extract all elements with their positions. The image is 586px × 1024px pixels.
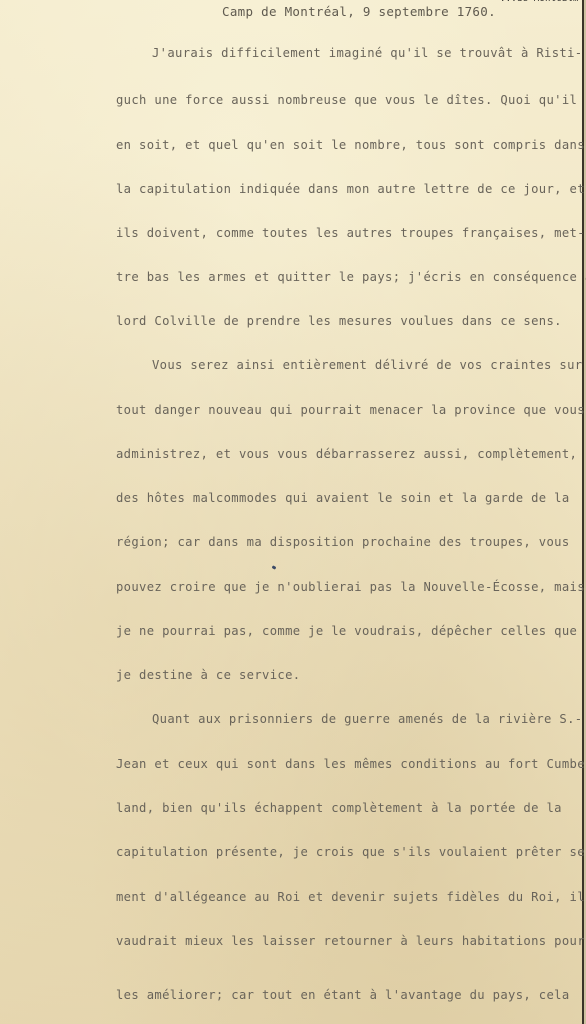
text-line: la capitulation indiquée dans mon autre … [116,182,568,196]
text-line: guch une force aussi nombreuse que vous … [116,93,568,107]
text-line: les améliorer; car tout en étant à l'ava… [116,988,568,1002]
text-line: tout danger nouveau qui pourrait menacer… [116,403,568,417]
text-line: land, bien qu'ils échappent complètement… [116,801,568,815]
letter-dateline: Camp de Montréal, 9 septembre 1760. [222,4,496,19]
text-line: en soit, et quel qu'en soit le nombre, t… [116,138,568,152]
text-line: des hôtes malcommodes qui avaient le soi… [116,491,568,505]
corner-annotation: ...de Montcalm [500,0,580,4]
text-line: je destine à ce service. [116,668,568,682]
text-line: tre bas les armes et quitter le pays; j'… [116,270,568,284]
text-line: pouvez croire que je n'oublierai pas la … [116,580,568,594]
text-line: Vous serez ainsi entièrement délivré de … [152,358,586,372]
typewritten-letter-page: ...de Montcalm Camp de Montréal, 9 septe… [0,0,586,1024]
text-line: Quant aux prisonniers de guerre amenés d… [152,712,586,726]
text-line: je ne pourrai pas, comme je le voudrais,… [116,624,568,638]
text-line: capitulation présente, je crois que s'il… [116,845,568,859]
text-line: région; car dans ma disposition prochain… [116,535,568,549]
text-line: Jean et ceux qui sont dans les mêmes con… [116,757,568,771]
text-line: ils doivent, comme toutes les autres tro… [116,226,568,240]
text-line: vaudrait mieux les laisser retourner à l… [116,934,568,948]
text-line: lord Colville de prendre les mesures vou… [116,314,568,328]
ink-speck [272,565,277,570]
text-line: J'aurais difficilement imaginé qu'il se … [152,46,586,60]
text-line: administrez, et vous vous débarrasserez … [116,447,568,461]
text-line: ment d'allégeance au Roi et devenir suje… [116,890,568,904]
